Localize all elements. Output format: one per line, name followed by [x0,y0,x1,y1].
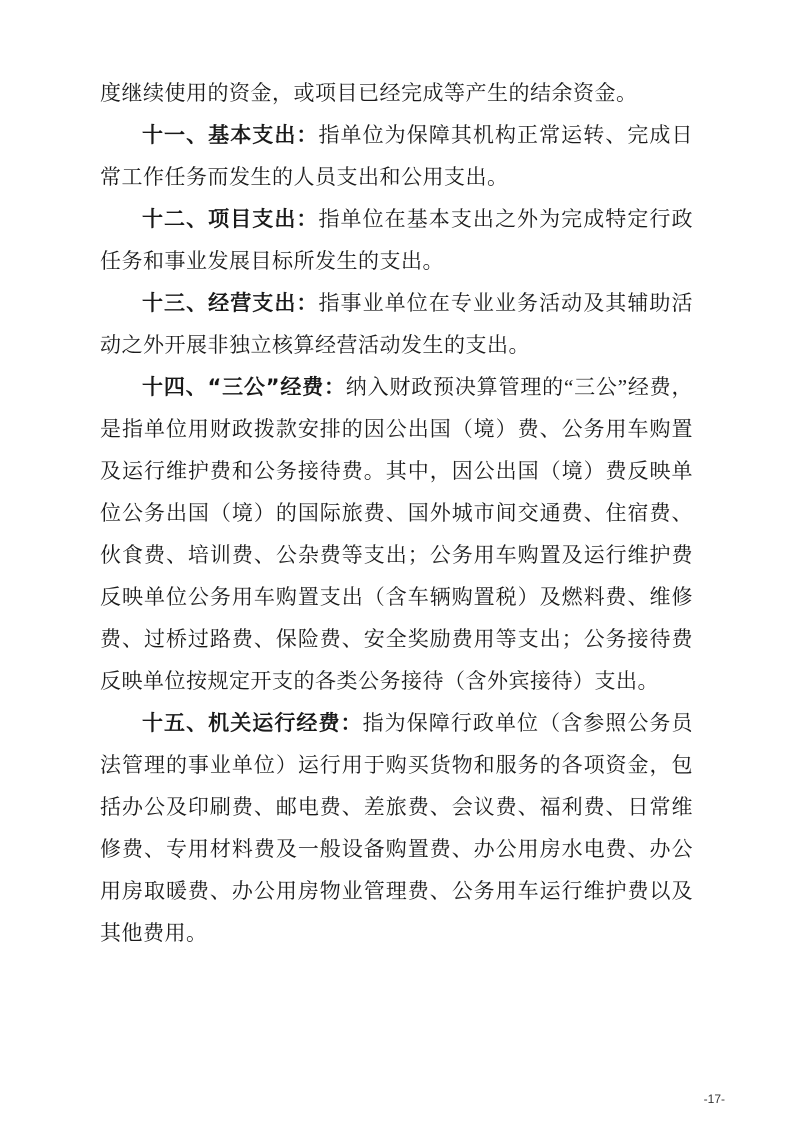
paragraph: 十四、“三公”经费：纳入财政预决算管理的“三公”经费，是指单位用财政拨款安排的因… [100,366,693,702]
paragraph-text: 度继续使用的资金，或项目已经完成等产生的结余资金。 [100,81,638,105]
paragraph: 十五、机关运行经费：指为保障行政单位（含参照公务员法管理的事业单位）运行用于购买… [100,702,693,954]
document-body: 度继续使用的资金，或项目已经完成等产生的结余资金。 十一、基本支出：指单位为保障… [100,72,693,954]
term-heading: 十一、基本支出： [142,123,319,147]
paragraph: 度继续使用的资金，或项目已经完成等产生的结余资金。 [100,72,693,114]
term-heading: 十五、机关运行经费： [142,711,363,735]
paragraph: 十三、经营支出：指事业单位在专业业务活动及其辅助活动之外开展非独立核算经营活动发… [100,282,693,366]
term-heading: 十四、“三公”经费： [142,375,346,399]
term-heading: 十二、项目支出： [142,207,319,231]
document-page: 度继续使用的资金，或项目已经完成等产生的结余资金。 十一、基本支出：指单位为保障… [0,0,793,1122]
term-definition: 纳入财政预决算管理的“三公”经费，是指单位用财政拨款安排的因公出国（境）费、公务… [100,375,693,693]
term-heading: 十三、经营支出： [142,291,319,315]
paragraph: 十二、项目支出：指单位在基本支出之外为完成特定行政任务和事业发展目标所发生的支出… [100,198,693,282]
page-number: -17- [704,1092,725,1106]
paragraph: 十一、基本支出：指单位为保障其机构正常运转、完成日常工作任务而发生的人员支出和公… [100,114,693,198]
term-definition: 指为保障行政单位（含参照公务员法管理的事业单位）运行用于购买货物和服务的各项资金… [100,711,693,945]
